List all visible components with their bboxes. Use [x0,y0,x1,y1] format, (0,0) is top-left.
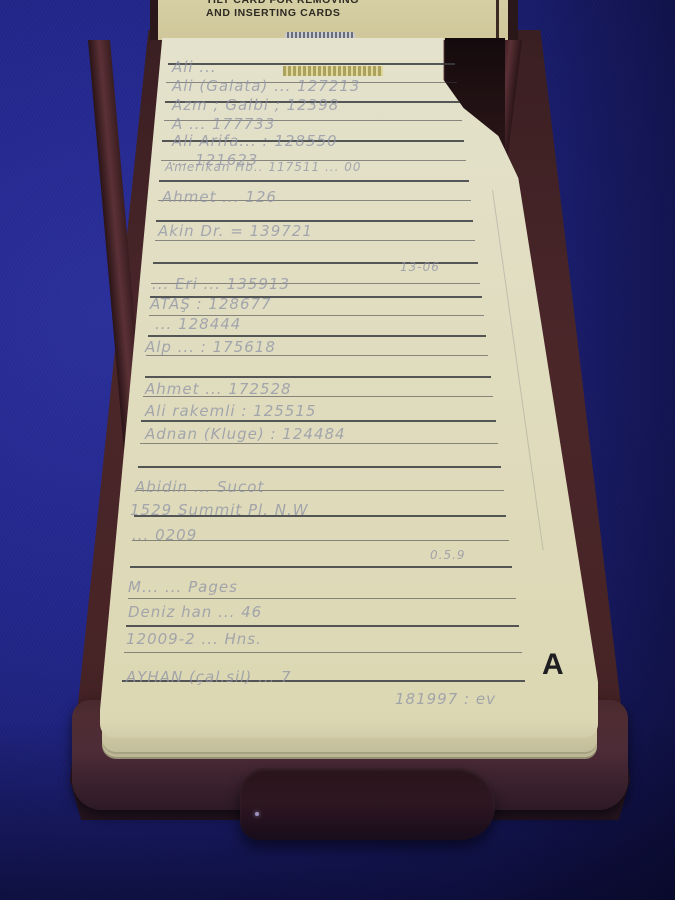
card-entry: Alp ... : 175618 [145,338,276,356]
ruled-line [124,652,522,653]
card-entry: Abidin ... Sucot [135,478,264,496]
ruled-line [130,566,512,568]
ruled-line [145,376,491,378]
card-entry: Ahmet ... 172528 [145,380,292,398]
lid-instructions: TILT CARD FOR REMOVING AND INSERTING CAR… [206,0,359,20]
card-entry: Ahmet ... 126 [162,188,277,206]
index-letter-tab: A [542,648,564,682]
ruled-line [126,625,519,627]
card-entry: Ali ... [172,58,217,76]
card-entry: Ali Arifa... : 128550 [172,132,338,150]
ruled-line [140,443,499,444]
card-entry: ... 128444 [155,315,241,333]
card-entry: Akin Dr. = 139721 [158,222,313,240]
card-entry: ... Eri ... 135913 [152,275,290,293]
ruled-line [141,420,495,422]
card-entry: A ... 177733 [172,115,275,133]
lid-instruction-line2: AND INSERTING CARDS [206,7,359,20]
card-entry: M... ... Pages [128,578,238,596]
lid-divider [496,0,499,40]
card-entry: 0.5.9 [430,548,466,562]
card-entry: Adnan (Kluge) : 124484 [145,425,346,443]
ruled-line [138,466,501,468]
card-entry: AYHAN (çal.sil) ... 7 [126,668,292,686]
card-entry: 1529 Summit Pl. N.W [130,501,309,519]
card-entry: Azm ; Galbi ; 12398 [172,96,339,114]
ruled-line [128,598,516,599]
card-entry: Amerikan Hb.. 117511 ... 00 [165,160,362,174]
ruled-line [148,335,486,337]
ruled-line [155,240,476,241]
card-entry: ATAŞ : 128677 [150,295,272,313]
card-entry: Deniz han ... 46 [128,603,262,621]
card-entry: Ali rakemli : 125515 [145,402,316,420]
card-entry: 12009-2 ... Hns. [126,630,262,648]
lid-instruction-line1: TILT CARD FOR REMOVING [206,0,359,7]
card-entry: Ali (Galata) ... 127213 [172,77,360,95]
card-entry: 13-06 [400,260,440,274]
card-entry: ... 0209 [132,526,197,544]
ruled-line [159,180,468,182]
fabric-shadow-bottom [0,720,675,900]
card-entry: 181997 : ev [395,690,496,708]
card-stamp [283,66,383,76]
